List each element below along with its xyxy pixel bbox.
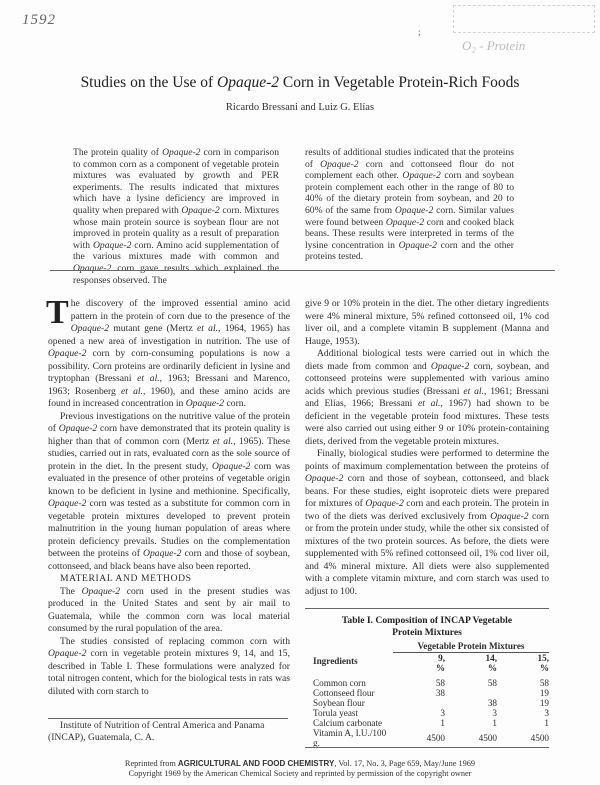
col-unit: % [497,663,549,673]
copyright-line: Copyright 1969 by the American Chemical … [0,769,600,779]
body-column-right: give 9 or 10% protein in the diet. The o… [305,298,549,598]
title-part: Studies on the Use of [81,74,217,91]
title-part: Corn in Vegetable Protein-Rich Foods [279,74,519,91]
row-header: Ingredients [313,641,393,673]
paragraph: Additional biological tests were carried… [305,348,549,448]
cell-value [445,688,497,698]
paragraph: Finally, biological studies were perform… [305,448,549,598]
table-caption: Table I. Composition of INCAP Vegetable … [305,615,549,638]
table-row: Torula yeast333 [313,708,549,718]
table-top-rule [305,608,549,609]
title-italic: Opaque-2 [217,74,279,91]
composition-table: Ingredients Vegetable Protein Mixtures 9… [313,641,549,748]
cell-ingredient: Calcium carbonate [313,718,393,728]
affiliation-footnote: Institute of Nutrition of Central Americ… [48,720,293,743]
col-unit: % [393,663,445,673]
paragraph: The studies consisted of replacing commo… [48,636,290,699]
abstract-left: The protein quality of Opaque-2 corn in … [73,147,279,286]
cell-ingredient: Vitamin A, I.U./100 g. [313,728,393,748]
cell-value: 3 [445,708,497,718]
body-column-left: The discovery of the improved essential … [48,298,290,698]
paragraph: Previous investigations on the nutritive… [48,411,290,574]
cell-value: 3 [393,708,445,718]
table-row: Vitamin A, I.U./100 g.450045004500 [313,728,549,748]
reprint-line: Reprinted from AGRICULTURAL AND FOOD CHE… [0,759,600,769]
cell-ingredient: Soybean flour [313,698,393,708]
cell-value: 1 [445,718,497,728]
cell-value: 19 [497,688,549,698]
paragraph-text: he discovery of the improved essential a… [48,298,290,409]
paragraph: give 9 or 10% protein in the diet. The o… [305,298,549,348]
col-header-15: 15, [497,653,549,664]
footnote-divider [48,718,288,719]
table-bottom-rule [305,747,549,748]
journal-name: AGRICULTURAL AND FOOD CHEMISTRY [178,759,334,768]
library-stamp [453,5,595,33]
paper-title: Studies on the Use of Opaque-2 Corn in V… [0,74,600,92]
authors: Ricardo Bressani and Luiz G. Elías [0,102,600,113]
table-row: Soybean flour3819 [313,698,549,708]
stamp-mark: ; [418,27,421,37]
table-row: Calcium carbonate111 [313,718,549,728]
cell-ingredient: Torula yeast [313,708,393,718]
group-header: Vegetable Protein Mixtures [393,641,549,653]
cell-value: 38 [445,698,497,708]
cell-value: 38 [393,688,445,698]
cell-value: 58 [393,678,445,688]
cell-value [393,698,445,708]
handwritten-page-number: 1592 [22,12,56,29]
handwritten-note: O₂ - Protein [462,38,525,54]
col-header-9: 9, [393,653,445,664]
abstract-right: results of additional studies indicated … [305,147,514,263]
table-row: Common corn585858 [313,678,549,688]
paragraph: The Opaque-2 corn used in the present st… [48,586,290,636]
cell-value: 1 [497,718,549,728]
table-header-row: Ingredients Vegetable Protein Mixtures [313,641,549,653]
table-caption-line: Table I. Composition of INCAP Vegetable [305,615,549,627]
section-heading: Material and Methods [48,573,290,586]
paragraph-intro: The discovery of the improved essential … [48,298,290,411]
cell-value: 3 [497,708,549,718]
table-caption-line: Protein Mixtures [305,627,549,639]
cell-ingredient: Cottonseed flour [313,688,393,698]
drop-cap: T [46,299,69,327]
reprint-text: , Vol. 17, No. 3, Page 659, May/June 196… [334,759,475,768]
col-unit: % [445,663,497,673]
cell-value: 19 [497,698,549,708]
abstract-divider [50,270,555,271]
cell-value: 4500 [445,728,497,748]
cell-value: 4500 [497,728,549,748]
cell-value: 1 [393,718,445,728]
col-header-14: 14, [445,653,497,664]
cell-ingredient: Common corn [313,678,393,688]
table-row: Cottonseed flour3819 [313,688,549,698]
cell-value: 58 [497,678,549,688]
reprint-text: Reprinted from [125,759,178,768]
cell-value: 4500 [393,728,445,748]
cell-value: 58 [445,678,497,688]
